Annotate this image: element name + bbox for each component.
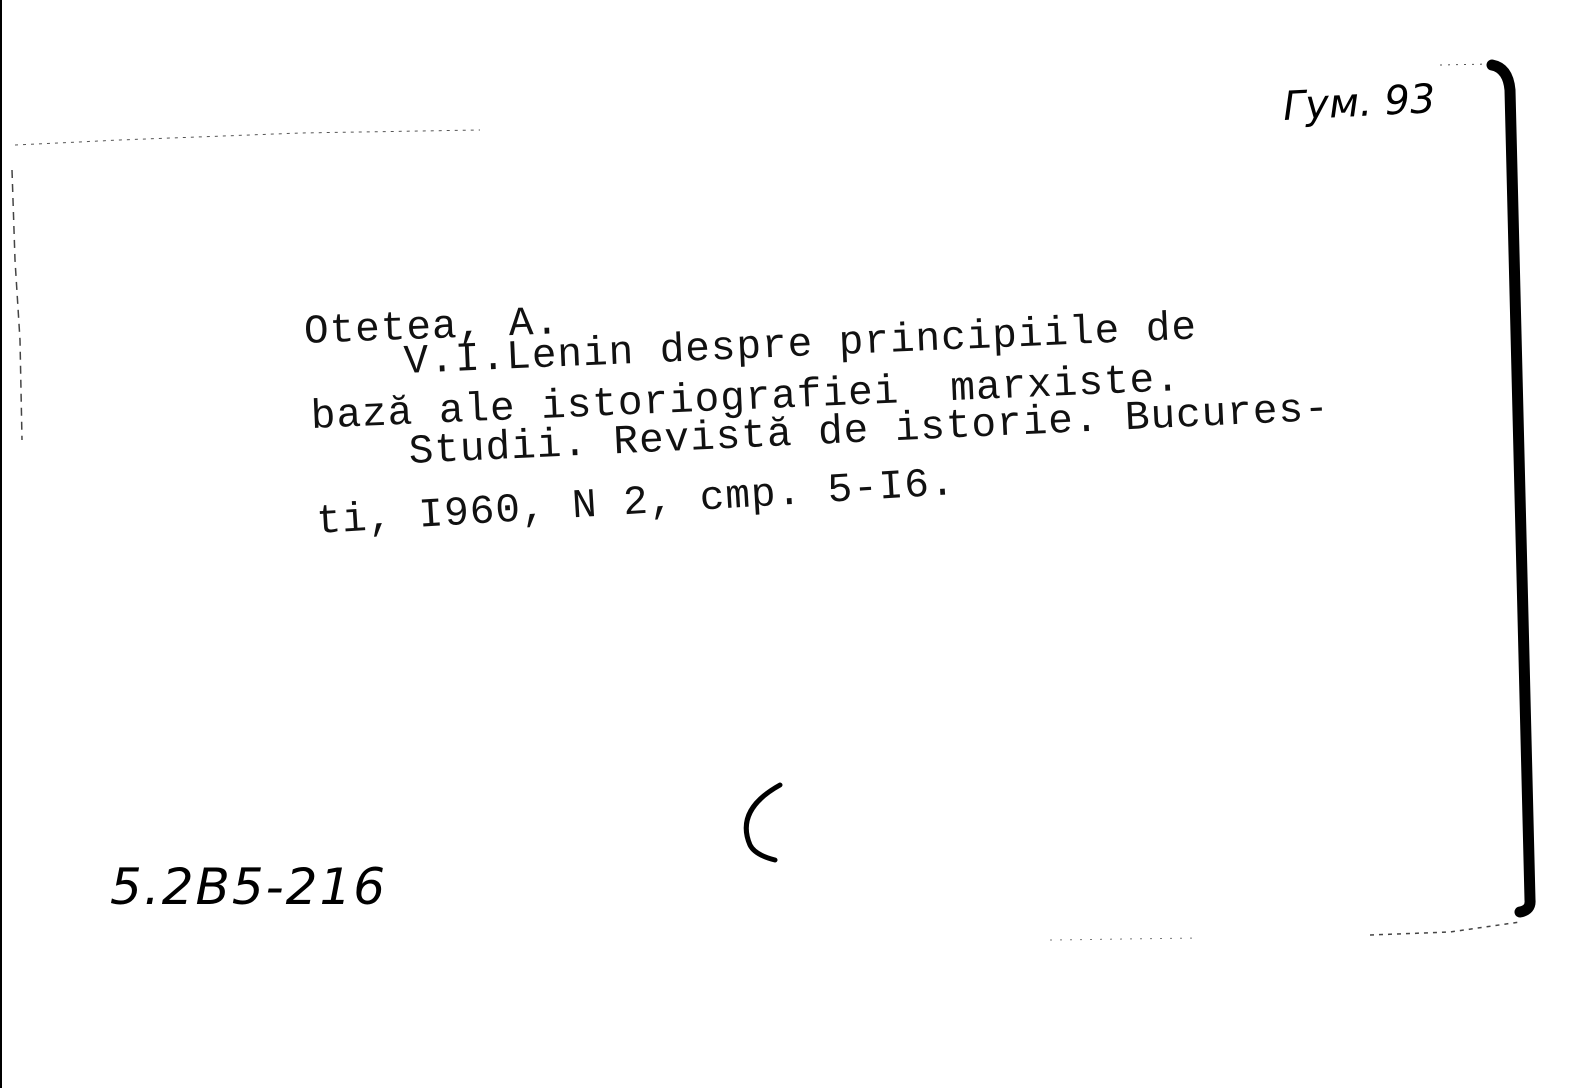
catalog-card-outline: [0, 0, 1594, 1088]
shelf-mark: Гум. 93: [1282, 76, 1437, 130]
call-number: 5.2B5-216: [110, 858, 387, 916]
